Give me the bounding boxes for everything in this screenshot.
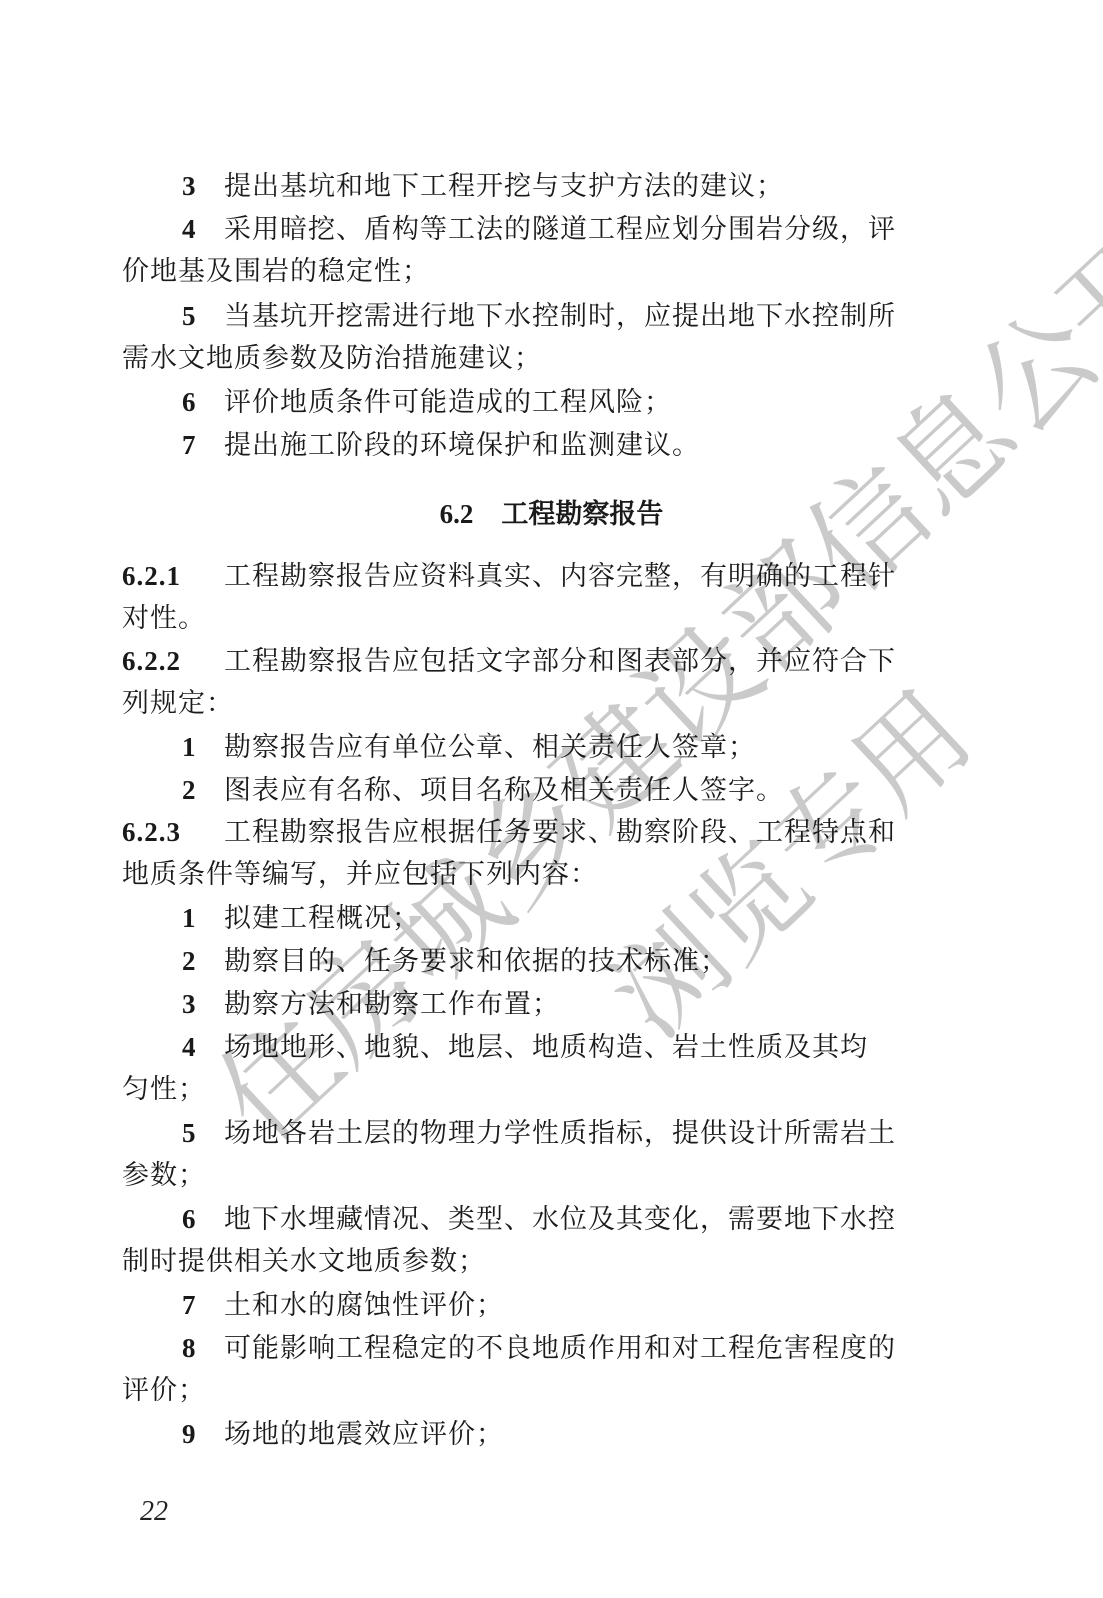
continuation-line: 对性。 (122, 601, 206, 637)
document-page: 住房城乡建设部信息公开 浏览专用 3提出基坑和地下工程开挖与支护方法的建议； 4… (0, 0, 1103, 1598)
item-text: 勘察方法和勘察工作布置； (224, 987, 560, 1023)
item-text: 需水文地质参数及防治措施建议； (122, 341, 542, 377)
item-number: 7 (182, 1287, 224, 1323)
page-number: 22 (140, 1496, 168, 1528)
item-number: 9 (182, 1416, 224, 1452)
item-text: 土和水的腐蚀性评价； (224, 1288, 504, 1324)
item-text: 提出施工阶段的环境保护和监测建议。 (224, 428, 700, 464)
clause: 6.2.1工程勘察报告应资料真实、内容完整，有明确的工程针 (122, 558, 896, 595)
item-text: 当基坑开挖需进行地下水控制时，应提出地下水控制所 (224, 299, 896, 335)
clause-text: 工程勘察报告应根据任务要求、勘察阶段、工程特点和 (224, 815, 896, 851)
section-title: 工程勘察报告 (501, 499, 663, 530)
clause-text: 工程勘察报告应包括文字部分和图表部分，并应符合下 (224, 644, 896, 680)
continuation-line: 匀性； (122, 1072, 206, 1108)
continuation-line: 需水文地质参数及防治措施建议； (122, 341, 542, 377)
item-text: 对性。 (122, 601, 206, 637)
list-item: 5场地各岩土层的物理力学性质指标，提供设计所需岩土 (122, 1115, 896, 1152)
item-text: 价地基及围岩的稳定性； (122, 254, 430, 290)
continuation-line: 列规定： (122, 686, 234, 722)
section-number: 6.2 (440, 499, 474, 529)
list-item: 2图表应有名称、项目名称及相关责任人签字。 (122, 772, 784, 809)
item-text: 可能影响工程稳定的不良地质作用和对工程危害程度的 (224, 1331, 896, 1367)
continuation-line: 制时提供相关水文地质参数； (122, 1244, 486, 1280)
item-text: 地下水埋藏情况、类型、水位及其变化，需要地下水控 (224, 1202, 896, 1238)
item-text: 拟建工程概况； (224, 901, 420, 937)
clause-number: 6.2.1 (122, 558, 224, 594)
item-number: 2 (182, 772, 224, 808)
section-heading: 6.2工程勘察报告 (0, 492, 1103, 531)
watermark-line-2: 浏览专用 (570, 650, 1000, 1066)
clause: 6.2.3工程勘察报告应根据任务要求、勘察阶段、工程特点和 (122, 814, 896, 851)
item-number: 1 (182, 729, 224, 765)
continuation-line: 评价； (122, 1373, 206, 1409)
clause-text: 工程勘察报告应资料真实、内容完整，有明确的工程针 (224, 559, 896, 595)
item-text: 匀性； (122, 1072, 206, 1108)
item-text: 提出基坑和地下工程开挖与支护方法的建议； (224, 169, 784, 205)
item-text: 场地地形、地貌、地层、地质构造、岩土性质及其均 (224, 1030, 868, 1066)
item-text: 采用暗挖、盾构等工法的隧道工程应划分围岩分级，评 (224, 212, 896, 248)
list-item: 1拟建工程概况； (122, 900, 420, 937)
item-text: 场地的地震效应评价； (224, 1417, 504, 1453)
list-item: 2勘察目的、任务要求和依据的技术标准； (122, 943, 728, 980)
item-text: 参数； (122, 1158, 206, 1194)
item-text: 制时提供相关水文地质参数； (122, 1244, 486, 1280)
item-text: 勘察目的、任务要求和依据的技术标准； (224, 944, 728, 980)
clause: 6.2.2工程勘察报告应包括文字部分和图表部分，并应符合下 (122, 643, 896, 680)
list-item: 3提出基坑和地下工程开挖与支护方法的建议； (122, 168, 784, 205)
continuation-line: 价地基及围岩的稳定性； (122, 254, 430, 290)
list-item: 7提出施工阶段的环境保护和监测建议。 (122, 427, 700, 464)
item-number: 3 (182, 986, 224, 1022)
continuation-line: 地质条件等编写，并应包括下列内容： (122, 857, 598, 893)
item-number: 6 (182, 384, 224, 420)
list-item: 8可能影响工程稳定的不良地质作用和对工程危害程度的 (122, 1330, 896, 1367)
item-number: 4 (182, 211, 224, 247)
item-number: 8 (182, 1330, 224, 1366)
clause-number: 6.2.3 (122, 814, 224, 850)
list-item: 9场地的地震效应评价； (122, 1416, 504, 1453)
item-number: 4 (182, 1029, 224, 1065)
list-item: 4场地地形、地貌、地层、地质构造、岩土性质及其均 (122, 1029, 868, 1066)
item-number: 7 (182, 427, 224, 463)
item-number: 6 (182, 1201, 224, 1237)
item-text: 评价； (122, 1373, 206, 1409)
list-item: 7土和水的腐蚀性评价； (122, 1287, 504, 1324)
clause-number: 6.2.2 (122, 643, 224, 679)
list-item: 3勘察方法和勘察工作布置； (122, 986, 560, 1023)
item-text: 场地各岩土层的物理力学性质指标，提供设计所需岩土 (224, 1116, 896, 1152)
item-number: 1 (182, 900, 224, 936)
item-text: 评价地质条件可能造成的工程风险； (224, 385, 672, 421)
item-text: 图表应有名称、项目名称及相关责任人签字。 (224, 773, 784, 809)
continuation-line: 参数； (122, 1158, 206, 1194)
item-number: 3 (182, 168, 224, 204)
item-number: 5 (182, 1115, 224, 1151)
list-item: 5当基坑开挖需进行地下水控制时，应提出地下水控制所 (122, 298, 896, 335)
item-text: 列规定： (122, 686, 234, 722)
item-number: 2 (182, 943, 224, 979)
item-text: 地质条件等编写，并应包括下列内容： (122, 857, 598, 893)
list-item: 6评价地质条件可能造成的工程风险； (122, 384, 672, 421)
list-item: 1勘察报告应有单位公章、相关责任人签章； (122, 729, 756, 766)
item-text: 勘察报告应有单位公章、相关责任人签章； (224, 730, 756, 766)
item-number: 5 (182, 298, 224, 334)
list-item: 4采用暗挖、盾构等工法的隧道工程应划分围岩分级，评 (122, 211, 896, 248)
list-item: 6地下水埋藏情况、类型、水位及其变化，需要地下水控 (122, 1201, 896, 1238)
